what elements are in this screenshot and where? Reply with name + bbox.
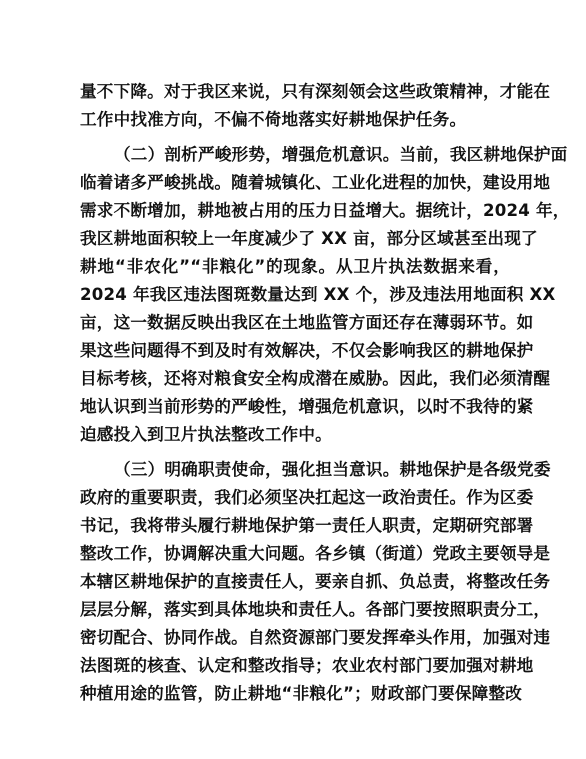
text-line: 层层分解，落实到具体地块和责任人。各部门要按照职责分工， xyxy=(80,596,510,624)
text-line: 工作中找准方向，不偏不倚地落实好耕地保护任务。 xyxy=(80,106,510,134)
text-line: 法图斑的核查、认定和整改指导；农业农村部门要加强对耕地 xyxy=(80,652,510,680)
text-line: 量不下降。对于我区来说，只有深刻领会这些政策精神，才能在 xyxy=(80,78,510,106)
section-heading-line: （三）明确职责使命，强化担当意识。耕地保护是各级党委 xyxy=(80,456,510,484)
text-line: 临着诸多严峻挑战。随着城镇化、工业化进程的加快，建设用地 xyxy=(80,169,510,197)
text-line: 密切配合、协同作战。自然资源部门要发挥牵头作用，加强对违 xyxy=(80,624,510,652)
paragraph-clarify-responsibility: （三）明确职责使命，强化担当意识。耕地保护是各级党委 政府的重要职责，我们必须坚… xyxy=(80,456,510,708)
text-line: 书记，我将带头履行耕地保护第一责任人职责，定期研究部署 xyxy=(80,512,510,540)
text-line: 需求不断增加，耕地被占用的压力日益增大。据统计，2024 年， xyxy=(80,197,510,225)
text-line: 2024 年我区违法图斑数量达到 XX 个，涉及违法用地面积 XX xyxy=(80,281,510,309)
section-heading-line: （二）剖析严峻形势，增强危机意识。当前，我区耕地保护面 xyxy=(80,141,510,169)
text-line: 果这些问题得不到及时有效解决，不仅会影响我区的耕地保护 xyxy=(80,337,510,365)
text-line: 耕地“非农化”“非粮化”的现象。从卫片执法数据来看， xyxy=(80,253,510,281)
text-line: 我区耕地面积较上一年度减少了 XX 亩，部分区域甚至出现了 xyxy=(80,225,510,253)
text-line: 目标考核，还将对粮食安全构成潜在威胁。因此，我们必须清醒 xyxy=(80,365,510,393)
text-line: 整改工作，协调解决重大问题。各乡镇（街道）党政主要领导是 xyxy=(80,540,510,568)
paragraph-analyze-situation: （二）剖析严峻形势，增强危机意识。当前，我区耕地保护面 临着诸多严峻挑战。随着城… xyxy=(80,141,510,449)
document-page: 量不下降。对于我区来说，只有深刻领会这些政策精神，才能在 工作中找准方向，不偏不… xyxy=(80,78,510,715)
text-line: 种植用途的监管，防止耕地“非粮化”；财政部门要保障整改 xyxy=(80,680,510,708)
text-line: 迫感投入到卫片执法整改工作中。 xyxy=(80,421,510,449)
text-line: 亩，这一数据反映出我区在土地监管方面还存在薄弱环节。如 xyxy=(80,309,510,337)
paragraph-continuation: 量不下降。对于我区来说，只有深刻领会这些政策精神，才能在 工作中找准方向，不偏不… xyxy=(80,78,510,134)
text-line: 地认识到当前形势的严峻性，增强危机意识，以时不我待的紧 xyxy=(80,393,510,421)
text-line: 政府的重要职责，我们必须坚决扛起这一政治责任。作为区委 xyxy=(80,484,510,512)
text-line: 本辖区耕地保护的直接责任人，要亲自抓、负总责，将整改任务 xyxy=(80,568,510,596)
